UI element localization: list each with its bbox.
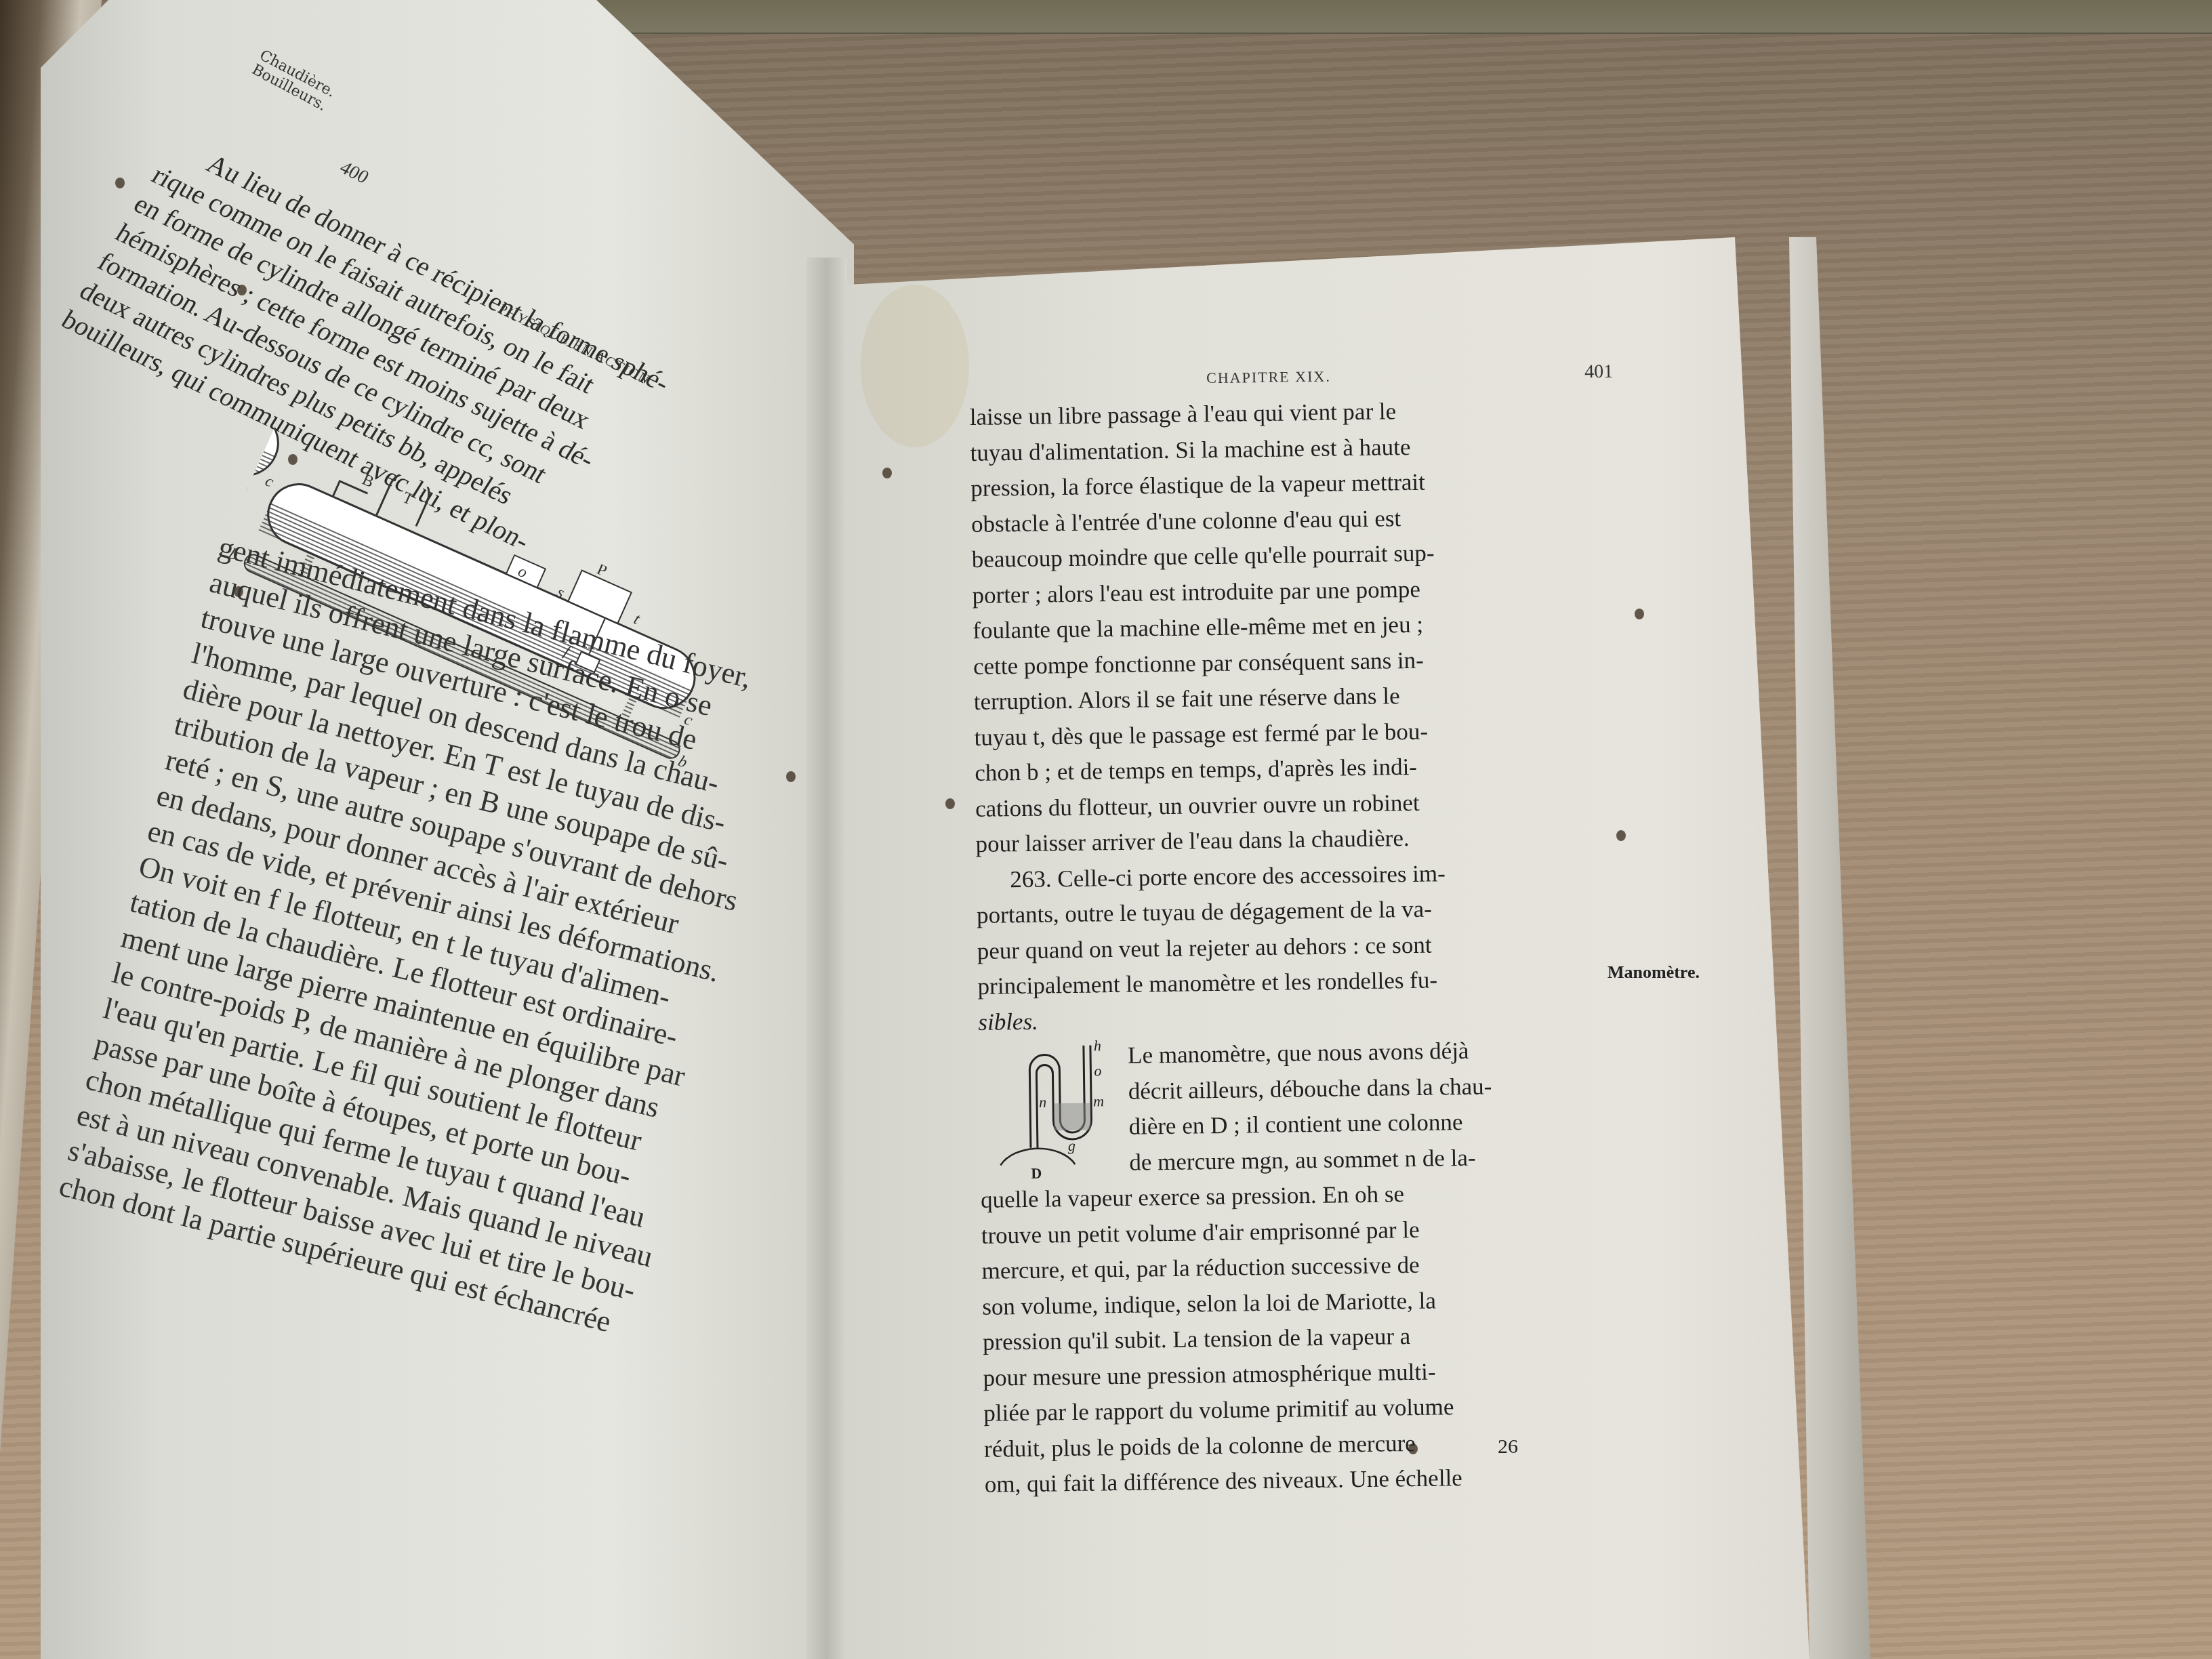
right-page-text: CHAPITRE XIX. 401 laisse un libre passag… <box>969 363 1649 1502</box>
svg-text:B: B <box>359 471 376 491</box>
paragraph-263: 263. Celle-ci porte encore des accessoir… <box>976 853 1643 1040</box>
foxing-spot <box>115 178 125 188</box>
svg-text:m: m <box>1093 1092 1104 1109</box>
book-gutter <box>806 258 847 1659</box>
page-number-right: 401 <box>1584 361 1613 384</box>
foxing-spot <box>786 771 796 782</box>
water-stain <box>861 285 969 447</box>
svg-text:T: T <box>400 489 416 509</box>
foxing-spot <box>882 468 892 478</box>
svg-text:t: t <box>631 611 643 629</box>
manometer-paragraph: h o n m g D Le manomètre, que nous avons… <box>979 1031 1649 1502</box>
svg-text:n: n <box>1039 1094 1046 1111</box>
fig-label-h: h <box>1094 1038 1101 1054</box>
svg-text:D: D <box>1031 1165 1042 1182</box>
svg-text:o: o <box>1094 1062 1101 1079</box>
margin-note-manometre: Manomètre. <box>1607 962 1700 983</box>
running-head-right: CHAPITRE XIX. <box>1206 368 1331 388</box>
svg-text:g: g <box>1068 1137 1076 1154</box>
foxing-spot <box>945 798 955 809</box>
manometer-figure: h o n m g D <box>972 1038 1123 1183</box>
signature-mark: 26 <box>1498 1435 1518 1458</box>
paragraph-feed-pump: laisse un libre passage à l'eau qui vien… <box>970 390 1640 862</box>
background-box <box>569 0 2212 34</box>
manometer-text-full: quelle la vapeur exerce sa pression. En … <box>981 1173 1650 1502</box>
svg-text:c: c <box>262 472 276 491</box>
